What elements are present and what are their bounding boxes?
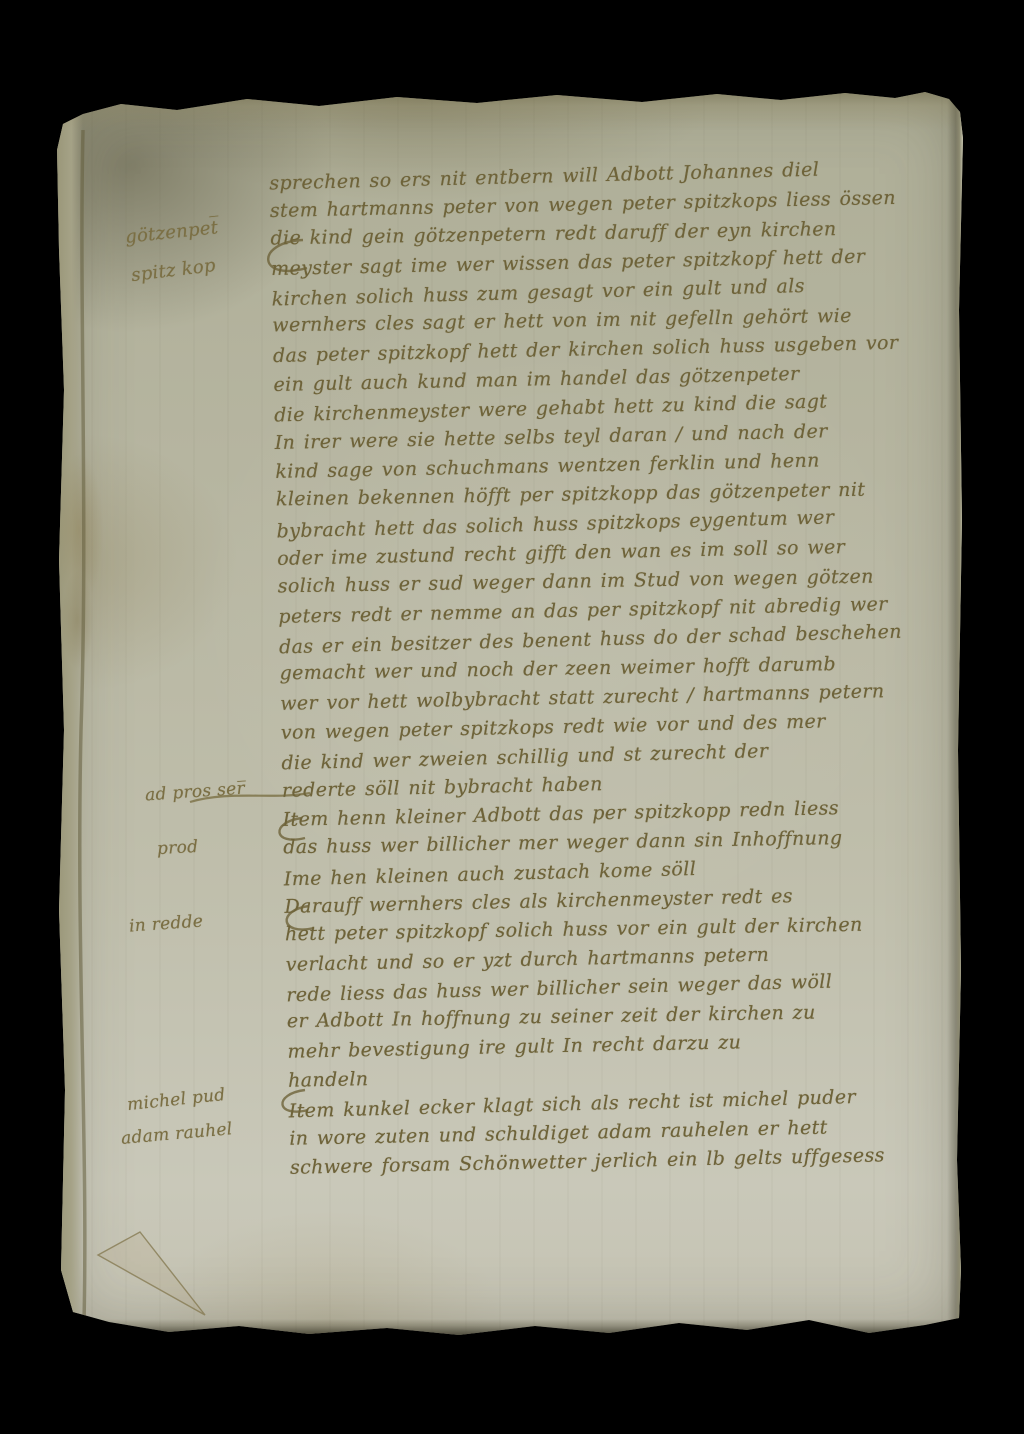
margin-note-prod: prod [157, 837, 199, 859]
margin-note-in-redde: in redde [128, 911, 203, 936]
manuscript-page: götzenpet̅ spitz kop ad pros ser̅ prod i… [57, 90, 963, 1335]
fold-mark-triangle [98, 1232, 205, 1315]
scan-background: götzenpet̅ spitz kop ad pros ser̅ prod i… [0, 0, 1024, 1434]
bottom-page-edge [57, 1319, 963, 1335]
left-edge-stain-lower [59, 550, 105, 690]
manuscript-text-block: sprechen so ers nit entbern will Adbott … [269, 153, 990, 1182]
margin-note-michel-pud: michel pud [126, 1085, 226, 1115]
top-deckle-edge [57, 90, 963, 130]
margin-note-ad-pros: ad pros ser̅ [144, 779, 245, 806]
margin-note-spitzkop: spitz kop [130, 255, 217, 286]
margin-note-goetzenpeter: götzenpet̅ [124, 217, 219, 248]
underlying-page-edge [57, 90, 83, 1335]
margin-note-adam-rauhel: adam rauhel [120, 1119, 233, 1149]
